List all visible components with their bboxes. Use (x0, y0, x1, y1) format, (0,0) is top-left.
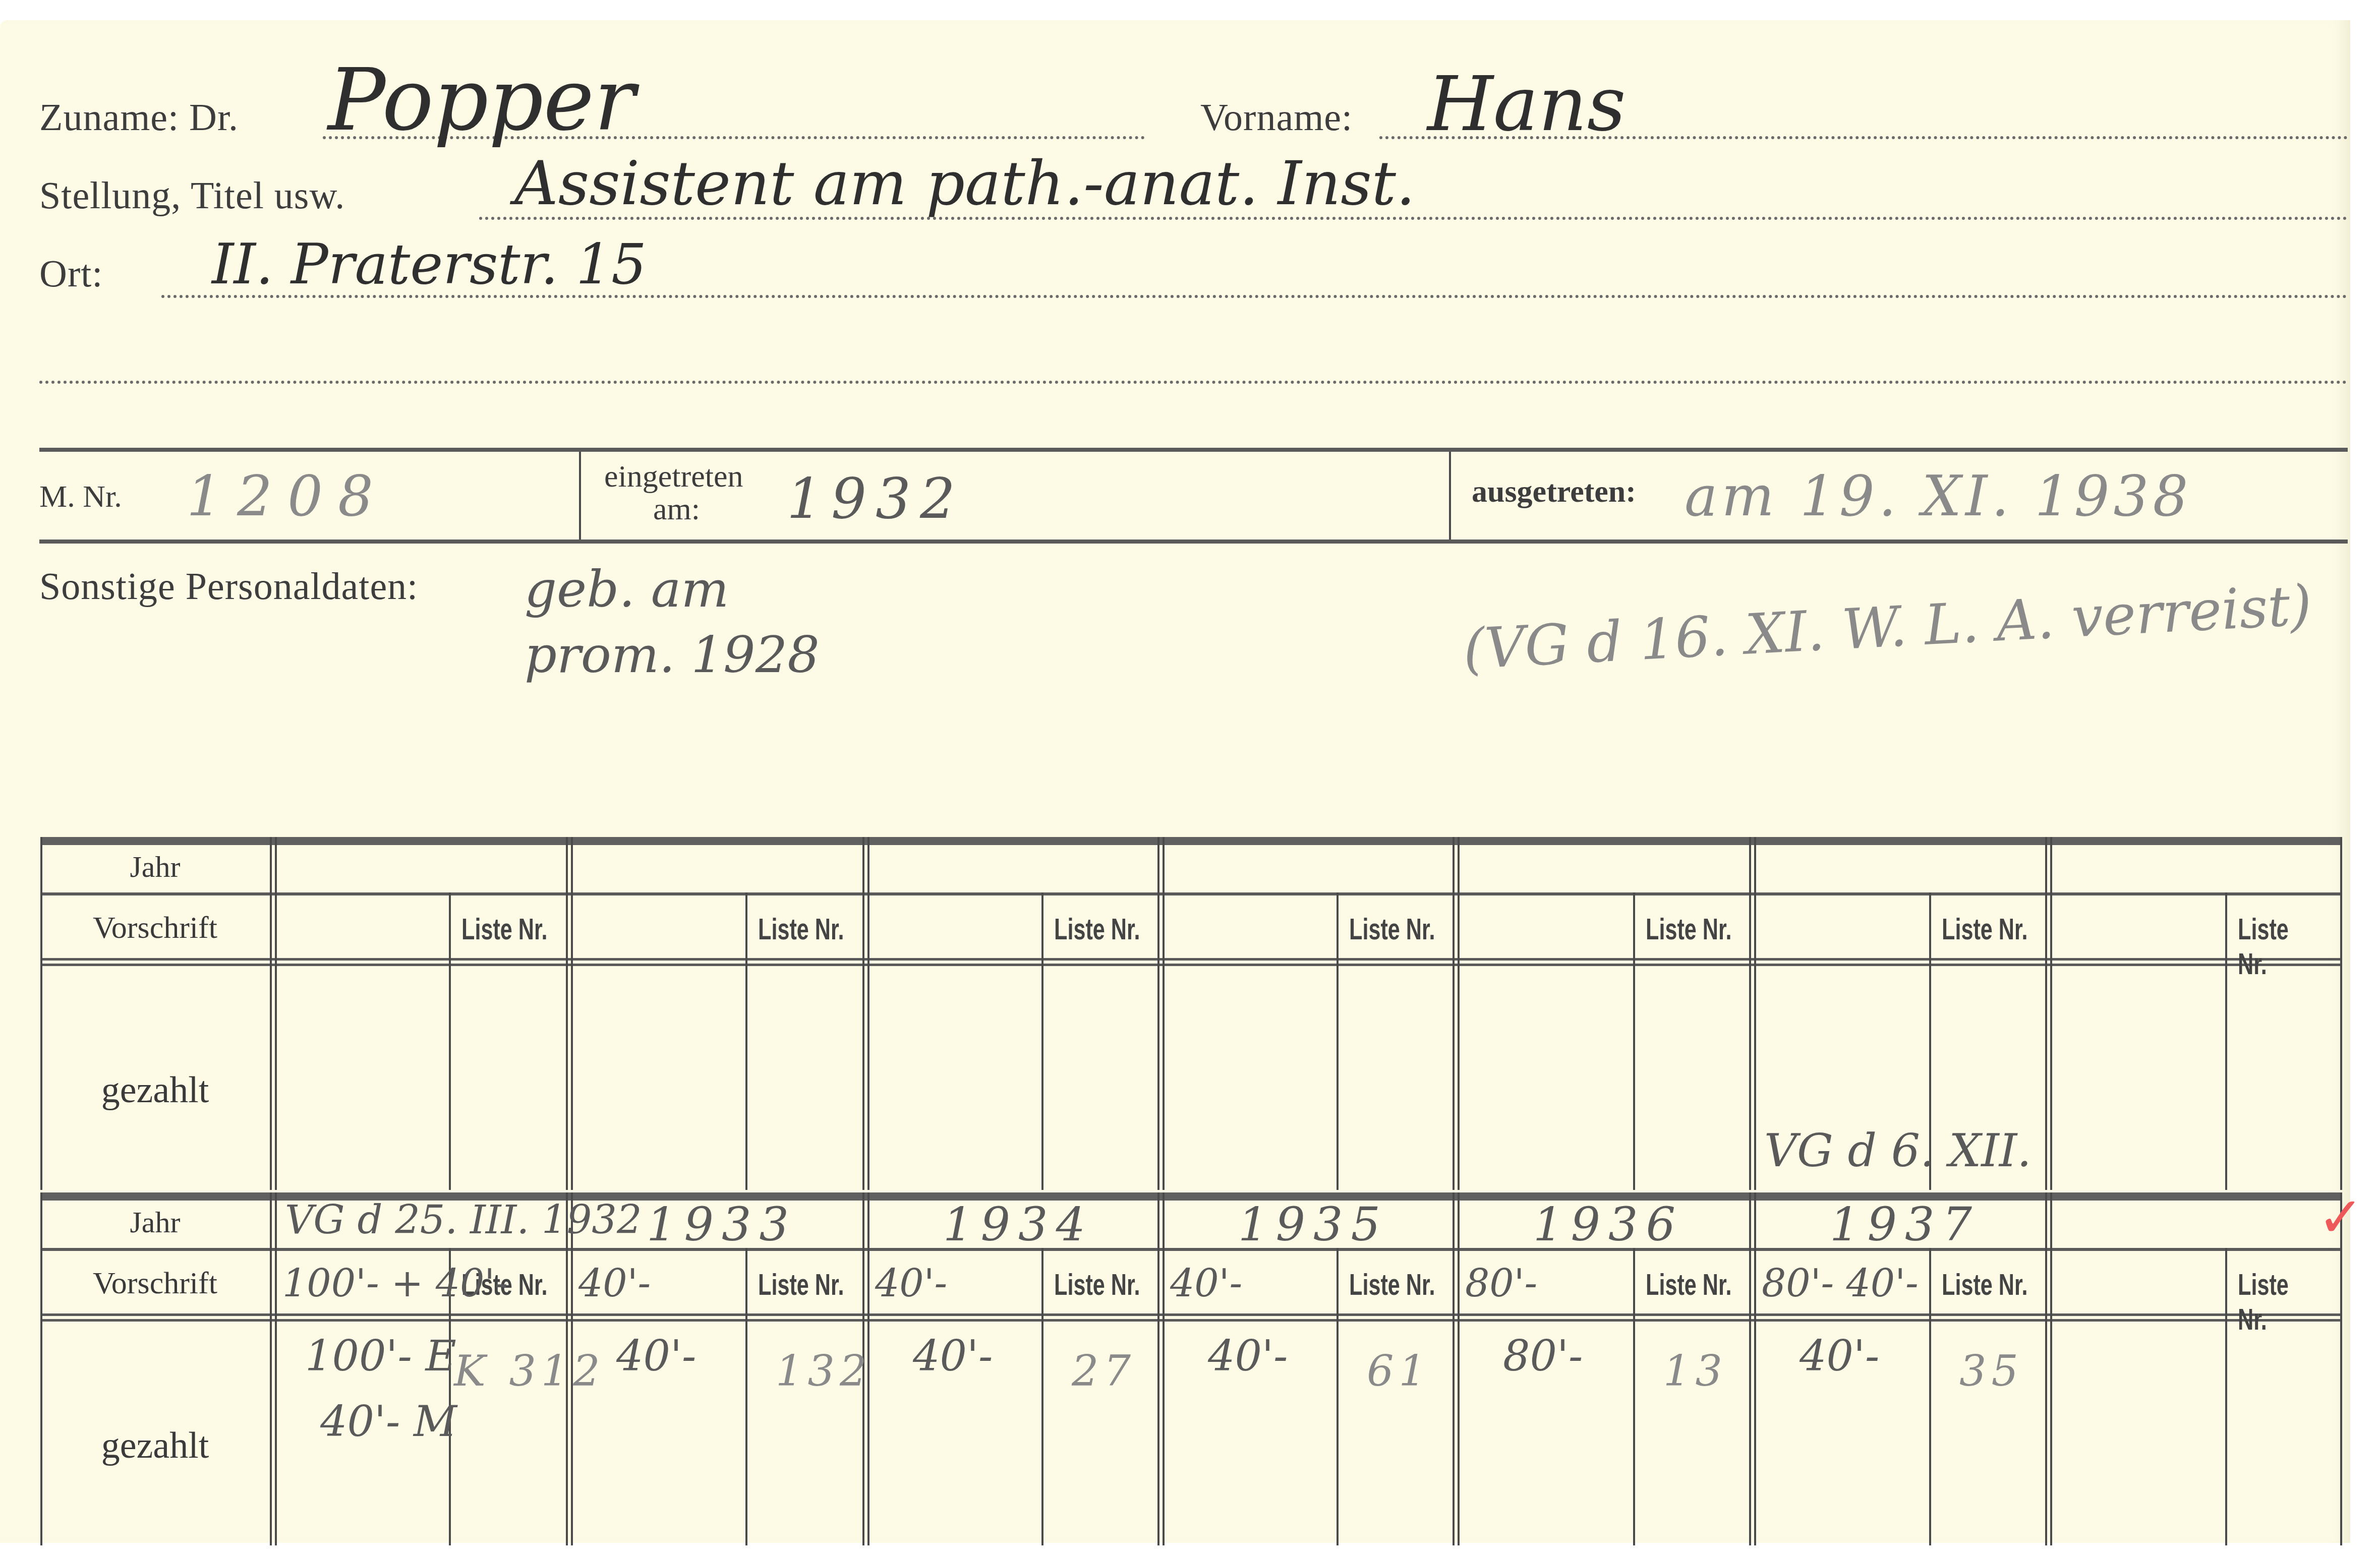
liste-nr-header: Liste Nr. (1646, 912, 1731, 946)
table_bottom-liste-divider (1929, 1248, 1931, 1545)
table_top-liste-divider (1633, 892, 1635, 1190)
membership-top-rule (39, 448, 2348, 452)
table_bottom-left-edge (40, 1192, 42, 1545)
table_bottom-assessed-rule (40, 1313, 2340, 1322)
table_bottom-col-divider (270, 1192, 277, 1545)
paid-list-no: 13 (1663, 1346, 1727, 1396)
row-label-paid: gezahlt (40, 1424, 270, 1467)
liste-nr-header: Liste Nr. (461, 912, 547, 946)
paid-entry: 40'- (616, 1331, 696, 1381)
table_top-liste-divider (449, 892, 451, 1190)
table_bottom-liste-divider (2225, 1248, 2227, 1545)
left-label: ausgetreten: (1472, 474, 1636, 510)
personal-note: (VG d 16. XI. W. L. A. verreist) (1462, 573, 2313, 682)
table_top-year-rule (40, 892, 2340, 895)
table_top-col-divider (566, 837, 573, 1190)
liste-nr-header: Liste Nr. (758, 1267, 844, 1302)
paid-list-no: 35 (1959, 1346, 2023, 1396)
paid-entry: 40'- (1799, 1331, 1879, 1381)
membership-divider-1 (579, 452, 581, 540)
year-entry: 1937 (1830, 1198, 1980, 1251)
paid-list-no: 61 (1367, 1346, 1431, 1396)
row-label-assessed: Vorschrift (40, 910, 270, 946)
paid-entry: 40'- (1208, 1331, 1288, 1381)
assessed-entry: 80'- 40'- (1762, 1261, 1919, 1305)
table_top-top-rule (40, 837, 2340, 845)
liste-nr-header: Liste Nr. (2238, 912, 2319, 981)
assessed-entry: 100'- + 40'- (282, 1261, 508, 1305)
membership-bottom-rule (39, 540, 2348, 544)
liste-nr-header: Liste Nr. (1942, 912, 2027, 946)
personal-birth: geb. am (525, 560, 729, 619)
liste-nr-header: Liste Nr. (758, 912, 844, 946)
assessed-entry: 40'- (875, 1261, 947, 1305)
table_bottom-liste-divider (745, 1248, 747, 1545)
table_top-col-divider (270, 837, 277, 1190)
personal-label: Sonstige Personaldaten: (39, 565, 418, 609)
paid-entry: 80'- (1503, 1331, 1583, 1381)
table_bottom-liste-divider (1041, 1248, 1043, 1545)
assessed-entry: 80'- (1465, 1261, 1537, 1305)
joined-label-am: am: (653, 492, 700, 527)
liste-nr-header: Liste Nr. (1646, 1267, 1731, 1302)
paid-list-no: 132 (776, 1346, 872, 1396)
surname-label: Zuname: Dr. (39, 96, 239, 140)
table_top-liste-divider (1337, 892, 1339, 1190)
row-label-year: Jahr (40, 1205, 270, 1240)
assessed-entry: 40'- (1170, 1261, 1242, 1305)
personal-promotion: prom. 1928 (525, 625, 820, 684)
firstname-label: Vorname: (1200, 96, 1353, 140)
index-card: Zuname: Dr. Popper Vorname: Hans Stellun… (0, 20, 2350, 1543)
position-value: Assistent am path.-anat. Inst. (514, 149, 1415, 219)
table_top-right-edge (2340, 837, 2342, 1190)
table_top-col-divider (1453, 837, 1460, 1190)
row-label-paid: gezahlt (40, 1069, 270, 1112)
table_top-col-divider (862, 837, 869, 1190)
liste-nr-header: Liste Nr. (2238, 1267, 2319, 1337)
year-entry: 1934 (943, 1198, 1093, 1251)
assessed-entry: 40'- (578, 1261, 651, 1305)
membership-divider-2 (1449, 452, 1451, 540)
extra-line (39, 381, 2348, 384)
table_top-col-divider (1749, 837, 1756, 1190)
paid-list-no: 27 (1072, 1346, 1136, 1396)
table_bottom-year-rule (40, 1248, 2340, 1251)
joined-value: 1932 (787, 466, 964, 531)
table_top-assessed-rule (40, 958, 2340, 966)
firstname-value: Hans (1427, 61, 1626, 148)
table_bottom-col-divider (2045, 1192, 2052, 1545)
member-no-label: M. Nr. (39, 479, 122, 515)
table_bottom-col-divider (1749, 1192, 1756, 1545)
liste-nr-header: Liste Nr. (1054, 912, 1140, 946)
row-label-assessed: Vorschrift (40, 1266, 270, 1301)
place-label: Ort: (39, 252, 103, 296)
member-no-value: 1208 (187, 464, 388, 528)
liste-nr-header: Liste Nr. (1942, 1267, 2027, 1302)
year-entry: 1935 (1238, 1198, 1388, 1251)
liste-nr-header: Liste Nr. (1349, 912, 1435, 946)
joined-label: eingetreten (604, 459, 743, 495)
paid-entry-2: 40'- M (320, 1397, 457, 1446)
liste-nr-header: Liste Nr. (1349, 1267, 1435, 1302)
position-label: Stellung, Titel usw. (39, 174, 345, 218)
table_top-liste-divider (1041, 892, 1043, 1190)
paid-entry: 100'- E (305, 1331, 456, 1381)
table_top-left-edge (40, 837, 42, 1190)
top-paid-note: VG d 6. XII. (1764, 1124, 2031, 1177)
surname-value: Popper (328, 50, 635, 150)
place-value: II. Praterstr. 15 (212, 232, 647, 296)
paid-entry: 40'- (913, 1331, 993, 1381)
table_top-col-divider (2045, 837, 2052, 1190)
table_bottom-col-divider (1157, 1192, 1165, 1545)
table_bottom-col-divider (1453, 1192, 1460, 1545)
liste-nr-header: Liste Nr. (1054, 1267, 1140, 1302)
table_top-liste-divider (2225, 892, 2227, 1190)
year-entry: 1936 (1533, 1198, 1684, 1251)
check-mark-icon: ✓ (2317, 1185, 2364, 1249)
table_top-liste-divider (745, 892, 747, 1190)
table_top-col-divider (1157, 837, 1165, 1190)
left-value: am 19. XI. 1938 (1685, 464, 2192, 528)
table_bottom-liste-divider (1633, 1248, 1635, 1545)
table_bottom-liste-divider (1337, 1248, 1339, 1545)
year-entry: VG d 25. III. 1932 (285, 1198, 642, 1243)
year-entry: 1933 (647, 1198, 797, 1251)
row-label-year: Jahr (40, 850, 270, 884)
paid-list-no: K 312 (454, 1346, 605, 1396)
